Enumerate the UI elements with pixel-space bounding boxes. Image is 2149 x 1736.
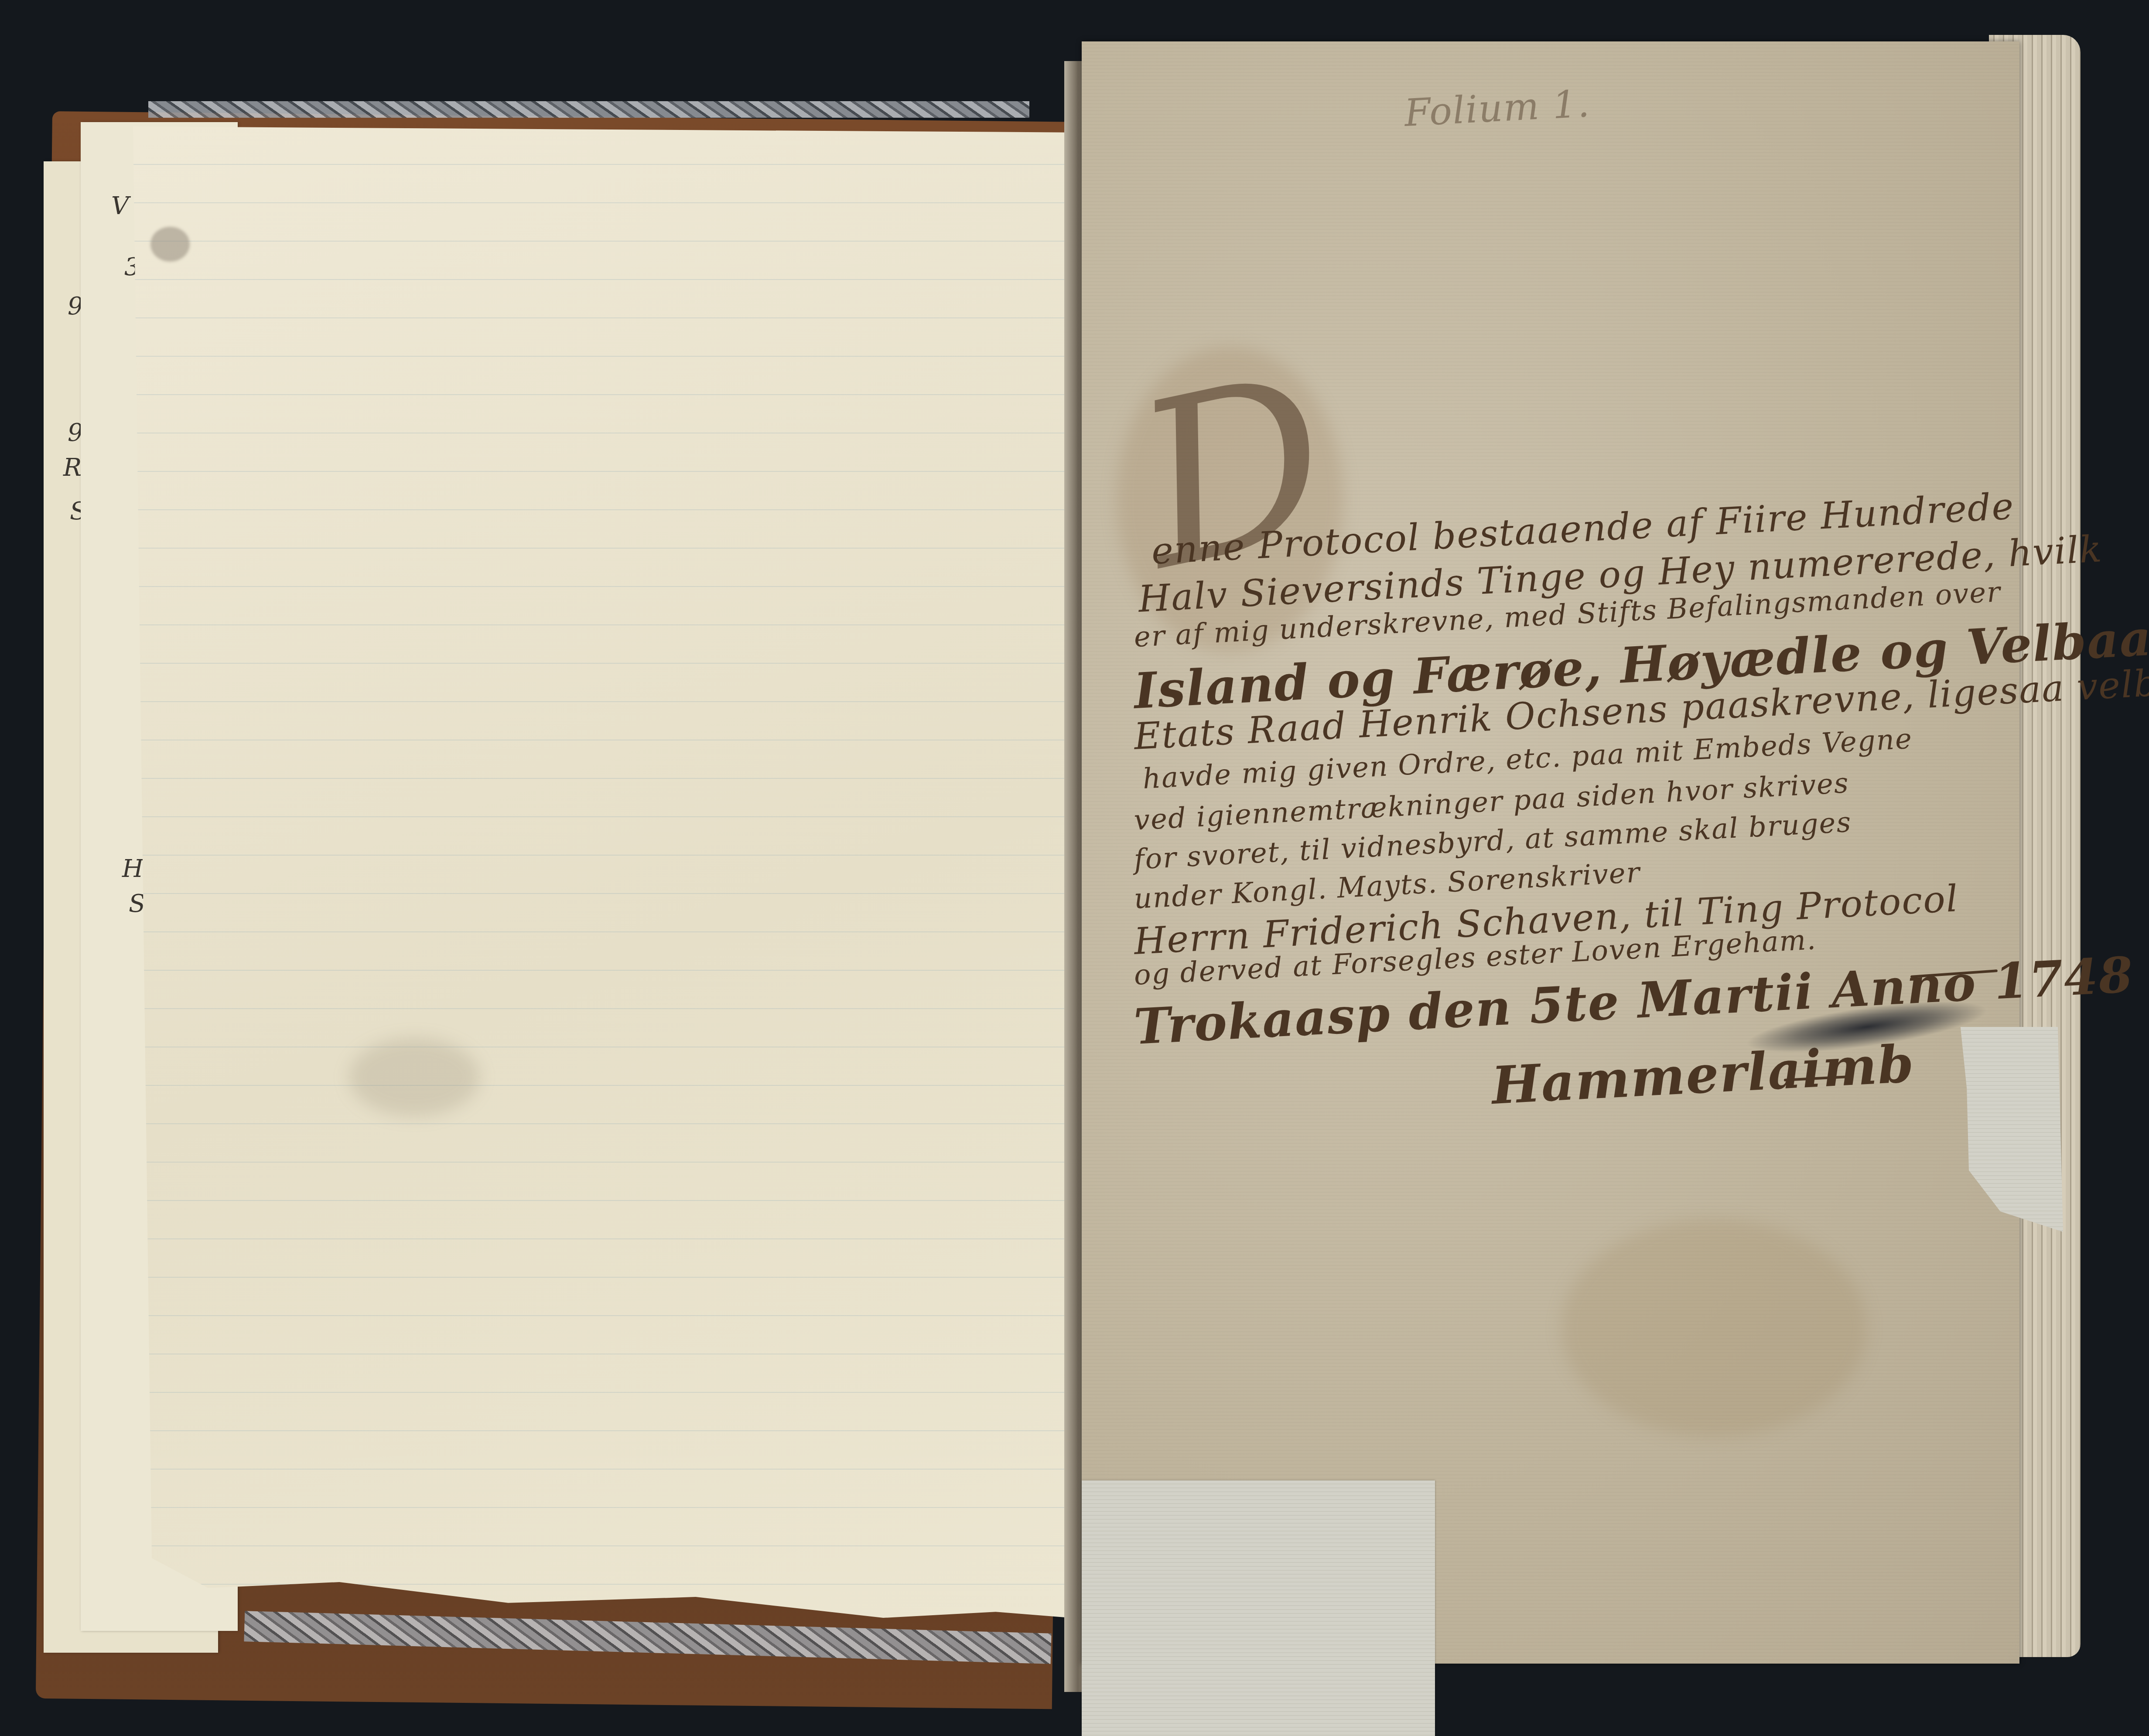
paper-repair-patch: [1082, 1480, 1435, 1736]
age-stain: [1561, 1219, 1867, 1437]
marbled-endpaper-top: [148, 101, 1029, 118]
left-blank-ruled-page: [133, 126, 1071, 1618]
leaf-fragment: V: [111, 192, 129, 220]
paper-stain: [150, 227, 190, 262]
water-stain: [349, 1038, 480, 1116]
